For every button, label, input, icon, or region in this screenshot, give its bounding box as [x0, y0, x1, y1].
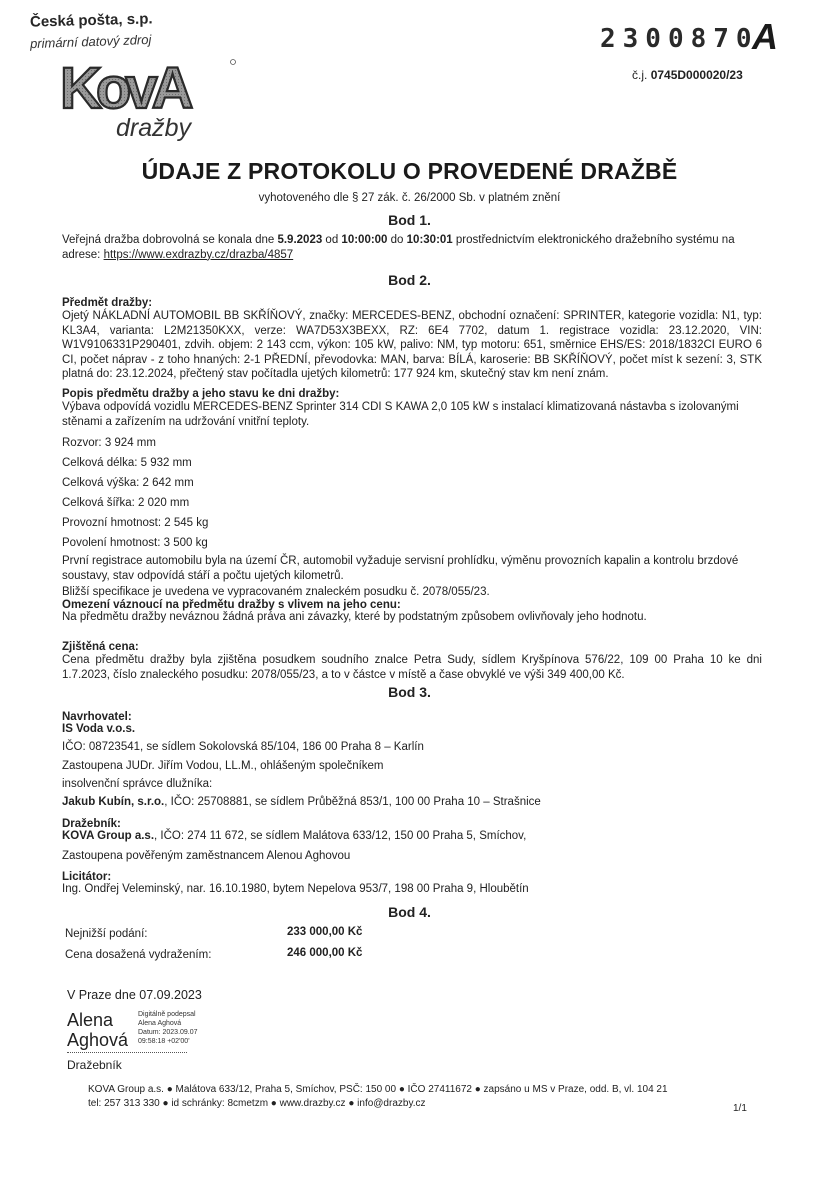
- footer: KOVA Group a.s. ● Malátova 633/12, Praha…: [88, 1083, 668, 1111]
- spec-item: Provozní hmotnost: 2 545 kg: [62, 516, 762, 531]
- signature-divider: [67, 1052, 187, 1053]
- lowest-bid-value: 233 000,00 Kč: [287, 926, 362, 938]
- document-letter: A: [752, 16, 778, 58]
- document-title: ÚDAJE Z PROTOKOLU O PROVEDENÉ DRAŽBĚ: [0, 158, 819, 185]
- auction-time-to: 10:30:01: [407, 234, 453, 246]
- bod1-text: do: [387, 234, 406, 246]
- kova-logo-icon: KovA: [58, 58, 248, 116]
- auction-date: 5.9.2023: [277, 234, 322, 246]
- final-price-value: 246 000,00 Kč: [287, 947, 362, 959]
- lowest-bid-label: Nejnižší podání:: [65, 928, 147, 940]
- auctioneer-representative: Zastoupena pověřeným zaměstnancem Alenou…: [62, 849, 762, 864]
- kova-logo: KovA: [58, 58, 248, 116]
- proposer-address: IČO: 08723541, se sídlem Sokolovská 85/1…: [62, 740, 762, 755]
- bod1-paragraph: Veřejná dražba dobrovolná se konala dne …: [62, 233, 762, 262]
- section-heading-bod2: Bod 2.: [0, 272, 819, 288]
- price-text: Cena předmětu dražby byla zjištěna posud…: [62, 653, 762, 682]
- digital-signature-line: 09:58:18 +02'00': [138, 1037, 198, 1046]
- reference-label: č.j.: [632, 68, 647, 82]
- bod1-text: od: [322, 234, 341, 246]
- final-price-label: Cena dosažená vydražením:: [65, 949, 211, 961]
- spec-item: Povolení hmotnost: 3 500 kg: [62, 536, 762, 551]
- signature-first-name: Alena: [67, 1010, 113, 1031]
- description-text: Výbava odpovídá vozidlu MERCEDES-BENZ Sp…: [62, 400, 762, 429]
- section-heading-bod3: Bod 3.: [0, 684, 819, 700]
- debtor-details: , IČO: 25708881, se sídlem Průběžná 853/…: [164, 796, 541, 808]
- footer-contact-line: tel: 257 313 330 ● id schránky: 8cmetzm …: [88, 1097, 668, 1111]
- spec-item: Celková šířka: 2 020 mm: [62, 496, 762, 511]
- logo-subtitle: dražby: [116, 114, 191, 143]
- proposer-role: insolvenční správce dlužníka:: [62, 777, 762, 792]
- signature-last-name: Aghová: [67, 1030, 128, 1051]
- auctioneer-details: , IČO: 274 11 672, se sídlem Malátova 63…: [154, 830, 526, 842]
- document-number: 2300870: [600, 24, 759, 54]
- postal-stamp-organization: Česká pošta, s.p.: [30, 10, 153, 30]
- svg-text:KovA: KovA: [60, 58, 193, 116]
- digital-signature-line: Alena Aghová: [138, 1019, 198, 1028]
- encumbrance-text: Na předmětu dražby neváznou žádná práva …: [62, 610, 762, 625]
- auction-time-from: 10:00:00: [341, 234, 387, 246]
- page-number: 1/1: [733, 1103, 747, 1114]
- digital-signature-line: Digitálně podepsal: [138, 1010, 198, 1019]
- section-heading-bod4: Bod 4.: [0, 904, 819, 920]
- debtor-name: Jakub Kubín, s.r.o.: [62, 796, 164, 808]
- subject-text: Ojetý NÁKLADNÍ AUTOMOBIL BB SKŘÍŇOVÝ, zn…: [62, 309, 762, 382]
- document-subtitle: vyhotoveného dle § 27 zák. č. 26/2000 Sb…: [0, 192, 819, 204]
- auction-url-link[interactable]: https://www.exdrazby.cz/drazba/4857: [104, 249, 294, 261]
- debtor-line: Jakub Kubín, s.r.o., IČO: 25708881, se s…: [62, 795, 762, 810]
- signature-place-date: V Praze dne 07.09.2023: [67, 988, 202, 1002]
- licitator-text: Ing. Ondřej Veleminský, nar. 16.10.1980,…: [62, 882, 762, 897]
- auctioneer-line: KOVA Group a.s., IČO: 274 11 672, se síd…: [62, 829, 762, 844]
- section-heading-bod1: Bod 1.: [0, 212, 819, 228]
- footer-company-line: KOVA Group a.s. ● Malátova 633/12, Praha…: [88, 1083, 668, 1097]
- bod1-text: Veřejná dražba dobrovolná se konala dne: [62, 234, 277, 246]
- spec-item: Celková délka: 5 932 mm: [62, 456, 762, 471]
- condition-text: První registrace automobilu byla na územ…: [62, 554, 762, 583]
- postal-stamp-source: primární datový zdroj: [30, 32, 152, 51]
- auctioneer-name: KOVA Group a.s.: [62, 830, 154, 842]
- proposer-name: IS Voda v.o.s.: [62, 722, 762, 737]
- digital-signature-info: Digitálně podepsal Alena Aghová Datum: 2…: [138, 1010, 198, 1046]
- reference-number: č.j. 0745D000020/23: [632, 68, 743, 82]
- reference-value: 0745D000020/23: [651, 68, 743, 82]
- spec-item: Celková výška: 2 642 mm: [62, 476, 762, 491]
- proposer-representative: Zastoupena JUDr. Jiřím Vodou, LL.M., ohl…: [62, 759, 762, 774]
- digital-signature-line: Datum: 2023.09.07: [138, 1028, 198, 1037]
- spec-item: Rozvor: 3 924 mm: [62, 436, 762, 451]
- signature-role: Dražebník: [67, 1058, 122, 1072]
